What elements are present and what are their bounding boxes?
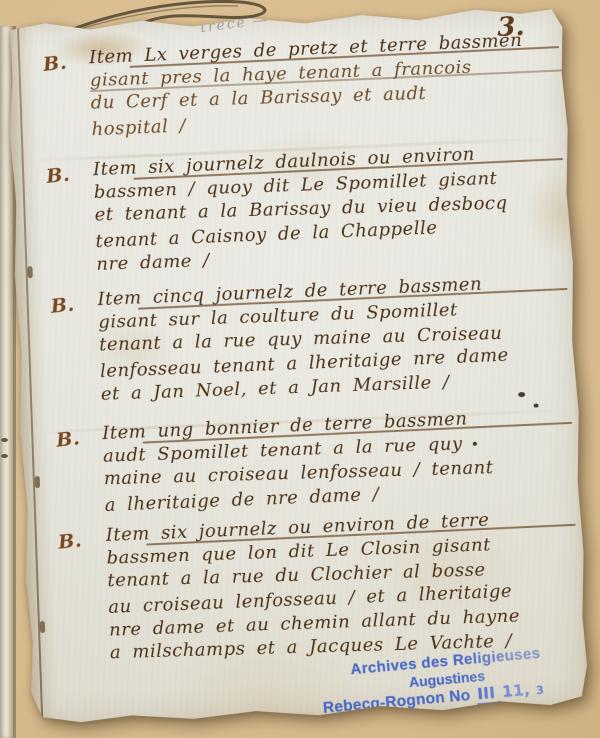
entry: B. Item six journelz daulnois ou environ…: [41, 141, 559, 279]
manuscript-text: B. Item Lx verges de pretz et terre bass…: [0, 2, 590, 727]
paper-sheet: trece ― 3. B. Item Lx verges de pretz et…: [0, 2, 590, 727]
stamp-number: 11,: [501, 681, 531, 701]
entry-lines: Item six journelz ou environ de terre ba…: [105, 507, 572, 667]
entry: B. Item Lx verges de pretz et terre bass…: [37, 29, 554, 143]
margin-letter: B.: [34, 43, 96, 144]
manuscript-photograph: trece ― 3. B. Item Lx verges de pretz et…: [0, 0, 600, 738]
stamp-number-superscript: 3: [536, 684, 545, 698]
ink-mark: [1, 438, 8, 442]
ink-mark: [1, 454, 8, 458]
margin-letter: B.: [41, 285, 105, 410]
entry: B. Item six journelz ou environ de terre…: [53, 507, 572, 669]
stamp-number-roman: III: [476, 684, 498, 706]
entry: B. Item cincq journelz de terre bassmen …: [45, 271, 563, 409]
entry-lines: Item Lx verges de pretz et terre bassmen…: [89, 29, 554, 141]
entry-lines: Item six journelz daulnois ou environ ba…: [93, 141, 559, 277]
entry-lines: Item cincq journelz de terre bassmen gis…: [97, 271, 563, 407]
entry-lines: Item ung bonnier de terre bassmen audt S…: [102, 405, 567, 517]
margin-letter: B.: [47, 419, 109, 520]
entry: B. Item ung bonnier de terre bassmen aud…: [50, 405, 567, 519]
manuscript-page: trece ― 3. B. Item Lx verges de pretz et…: [0, 2, 590, 727]
margin-letter: B.: [37, 155, 101, 280]
